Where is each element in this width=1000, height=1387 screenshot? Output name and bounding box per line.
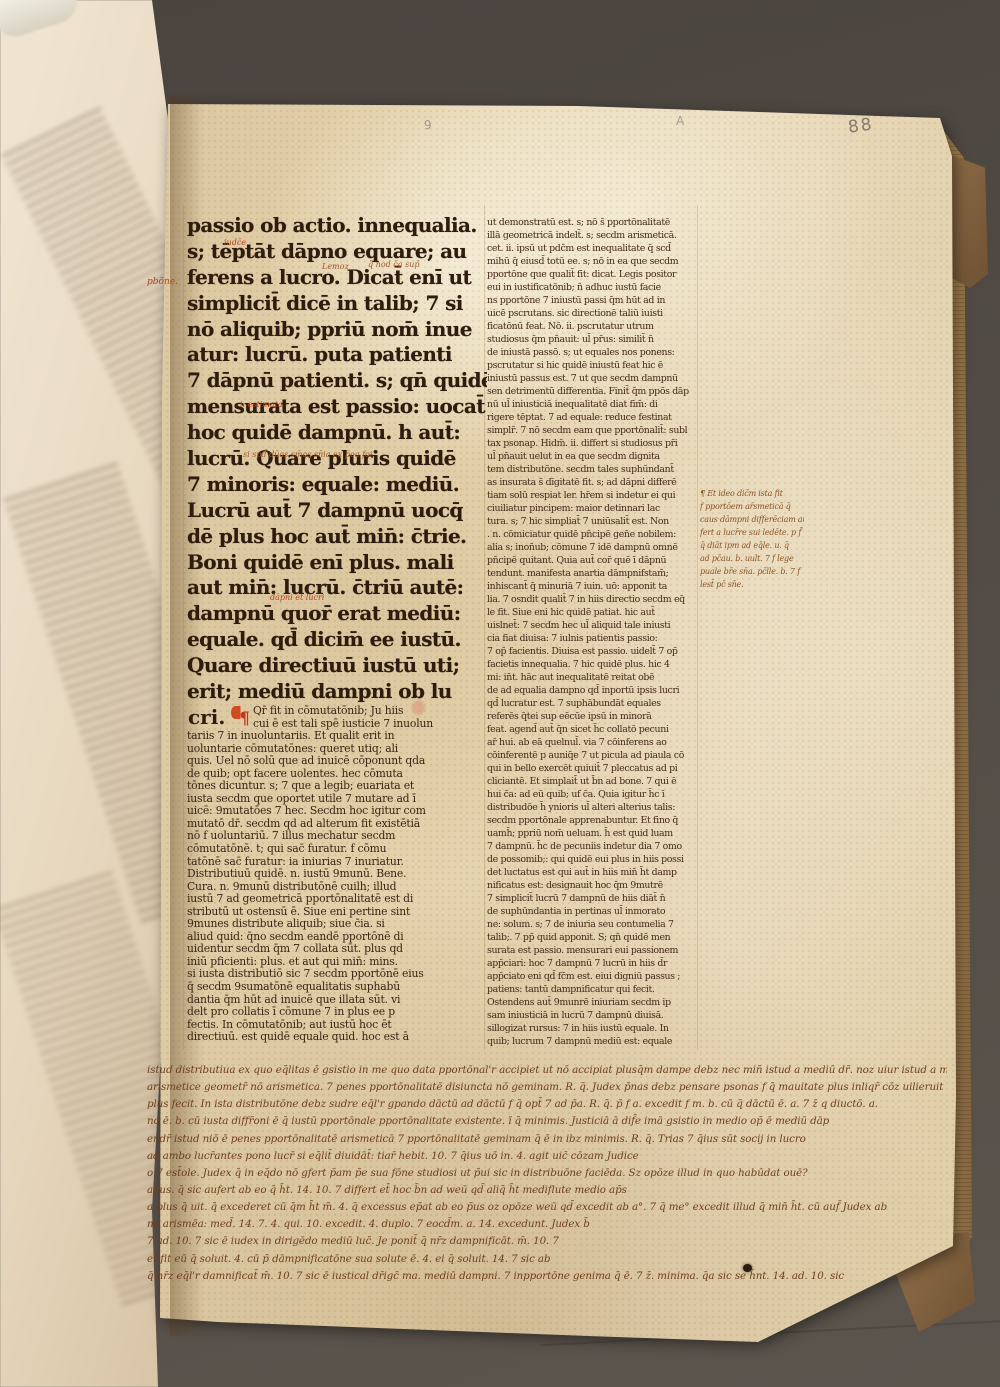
pencil-mark-center: A [676,114,684,128]
gloss-line: ad ambo lucr̄antes pono lucr̄ si eq̄lit̄… [147,1148,947,1165]
text-line: tax psonap. Hidm̄. ii. differt si studio… [487,437,694,450]
gloss-line: plus fecit. In ista distributōne debz su… [147,1096,947,1113]
text-line: dē plus hoc aut̄ min̄: c̄trie. [187,524,487,550]
ruling-line [183,205,184,1050]
text-line: cet. ii. ipsū ut pdc̄m est inequalitate … [487,242,694,255]
text-line: det luctatus est qui aut̄ in hiis min̄ h… [487,866,694,879]
text-line: de iniustā passō. s; ut equales nos pone… [487,346,694,359]
margin-note-line: q̄ diāt ipm ad eq̄le. u. q̄ [700,539,804,552]
text-line: ficatōnū feat. Nō. ii. pscrutatur utrum [487,320,694,333]
text-line: Lucrū aut̄ 7 dampnū uocq̄ [187,498,487,524]
text-line: passio ob actio. innequalia. [187,213,487,239]
text-line: ciuiliatur pincipem: maior detinnari lac [487,502,694,515]
text-line: ul̄ pn̄auit uelut in ea que secdm dignit… [487,450,694,463]
text-line: equale. qd̄ dicim̄ ee iustū. [187,627,487,653]
text-line: mi: in̄t. hāc aut inequalitatē reitat ob… [487,671,694,684]
text-line: secdm pportōnale apprenabuntur. Et fino … [487,814,694,827]
right-column-text: ut demonstratū est. s; nō s̄ pportōnalit… [487,216,694,1048]
text-line: Quare directiuū iustū uti; [187,653,487,679]
text-line: ut demonstratū est. s; nō s̄ pportōnalit… [487,216,694,229]
parchment-hole [743,1264,752,1272]
text-line: le fit. Siue eni hic quidē patiat. hic a… [487,606,694,619]
text-line: iustū 7 ad geometricā pportōnalitatē est… [187,893,487,906]
text-line: uicē: 9mutatōes 7 hec. Secdm hoc igitur … [187,805,487,818]
text-line: nificatus est: designauit hoc q̄m 9mutrē [487,879,694,892]
text-line: 7 op̄ facientis. Diuisa est passio. uide… [487,645,694,658]
interlinear-gloss: i. estimata [240,400,283,409]
text-line: uamh̄; ppriū nom̄ ueluam. h̄ est quid lu… [487,827,694,840]
text-line: cliciantē. Et simplait̄ ut b̄n ad bone. … [487,775,694,788]
text-line: patiens: tantū dampnificatur qui fecit. [487,983,694,996]
text-line: nō aliquib; ppriū nom̄ inue [187,317,487,343]
text-line: tendunt. manifesta anartia dāmpnifstam̄; [487,567,694,580]
text-line: rigere tēptat. 7 ad equale: reduce festi… [487,411,694,424]
text-line: sen detrimentū differentia. Finit̄ q̄m p… [487,385,694,398]
text-line: Ostendens aut̄ 9munrē iniuriam secdm ip [487,996,694,1009]
text-line: cōmutatōnē. t; qui sac̄ furatur. f cōmu [187,843,487,856]
gloss-line: a plus q̄ uit. q̄ excederet cū q̄m h̄t m… [147,1199,947,1216]
margin-note-line: lest̄ pc̄ sn̄e. [700,578,804,591]
left-column-small-text: Qr̄ fit in cōmutatōnib; Ju hiiscui ē est… [187,705,487,1044]
text-line: Cura. n. 9munū distributōnē cuilh; illud [187,881,487,894]
gloss-line: q̄ nr̄z eq̄l'r damnificat̄ m̄. 10. 7 sic… [147,1268,947,1285]
text-line: as insurata s̄ dīgitatē fit. s; ad dāpni… [487,476,694,489]
text-line: lia. 7 osndit qualit̄ 7 in hiis directio… [487,593,694,606]
text-line: talib;. 7 pp̄ quid apponit. S; qn̄ quidē… [487,931,694,944]
text-line: tatōnē sac̄ furatur: ia iniurias 7 inuri… [187,856,487,869]
text-line: 7 minoris: equale: mediū. [187,472,487,498]
text-line: surata est passio. mensurari eui passion… [487,944,694,957]
gloss-line: 7 ad. 10. 7 sic ē iudex in dirigēdo medi… [147,1233,947,1250]
text-line: iusta secdm que oportet utile 7 mutare a… [187,793,487,806]
text-line: feat. agend̄ aut̄ q̄n sicet h̄c collatō … [487,723,694,736]
margin-note-line: fert a lucr̄re sui ledēte. p f̄ [700,526,804,539]
text-line: tōnes dicuntur. s; 7 que a legib; euaria… [187,780,487,793]
text-line: nō f uoluntariū. 7 illus mechatur secdm [187,830,487,843]
gloss-line: et̄ fit eū q̄ soluit. 4. cū p̄ dāmpnific… [147,1251,947,1268]
text-line: fectis. In cōmutatōnib; aut̄ iustū hoc ē… [187,1019,487,1032]
folio-number: 88 [847,114,875,137]
text-line: aut min̄: lucrū. c̄triū autē: [187,575,487,601]
text-line: ns pportōne 7 iniustū passi q̄m hūt ad i… [487,294,694,307]
gloss-line: alius. q̄ sic aufert ab eo q̄ h̄t. 14. 1… [147,1182,947,1199]
text-line: ne: solum. s; 7 de iniuria seu contumeli… [487,918,694,931]
text-line: 9munes distribute aliquib; siue c̄ia. si [187,918,487,931]
text-line: eui in iustificatōnib; n̄ adhuc iustū fa… [487,281,694,294]
gloss-line: endr̄ istud niō ē penes pportōnalitatē a… [147,1131,947,1148]
manuscript-photograph: 9 A 88 pbōne. passio ob actio. innequali… [0,0,1000,1387]
text-line: . n. cōmiciatur quidē pn̄cipē gen̄e nobi… [487,528,694,541]
gloss-line: ne arismēa: med̄. 14. 7. 4. qui. 10. exc… [147,1216,947,1233]
text-line: nū ul̄ iniusticiā inequalitatē diat fim̄… [487,398,694,411]
text-line: uicē pscrutans. sic directionē taliū iui… [487,307,694,320]
margin-note-line: ad pc̄au. b. uult. 7 f lege [700,552,804,565]
text-line: mihū q̄ eiusd̄ totū ee. s; nō in ea que … [487,255,694,268]
text-line: erit; mediū dampni ob lu [187,679,487,705]
text-line: Boni quidē enī plus. mali [187,550,487,576]
right-margin-note: ¶ Et ideo dic̄m ista fitf pportōem ar̄sm… [700,487,804,591]
ruling-line [697,205,698,1050]
text-line: de suphūndantia in pertinas ul̄ inmorato [487,905,694,918]
text-line: de quib; opt̄ facere uolentes. hec cōmut… [187,768,487,781]
text-line: app̄ciato eni qd̄ fc̄m est. eiui digniū … [487,970,694,983]
text-line: 7 simplicit̄ lucrū 7 dampnū de hiis diāt… [487,892,694,905]
text-line: iniustū passus est. 7 ut que secdm dampn… [487,372,694,385]
text-line: simplr̄. 7 nō secdm eam que pportōnalit̄… [487,424,694,437]
text-line: directiuū. est quidē equale quid. hoc es… [187,1031,487,1044]
text-line: tura. s; 7 hic simpliat̄ 7 uniūsalit̄ es… [487,515,694,528]
margin-note-line: f pportōem ar̄smeticā q̄ [700,500,804,513]
text-line: app̄ciari: hoc 7 dampnū 7 lucrū in hiis … [487,957,694,970]
text-line: facietis innequalia. 7 hic quidē plus. h… [487,658,694,671]
margin-note-line: puale br̄e sn̄a. pc̄lle. b. 7 f [700,565,804,578]
text-line: illā geometricā indelt̄. s; secdm arisme… [487,229,694,242]
text-line: alia s; inon̄ub; cōmune 7 idē dampnū omn… [487,541,694,554]
interlinear-gloss: dāpni et lucri [270,593,324,602]
text-line: distribudōe h̄ ynioris ul̄ alteri alteri… [487,801,694,814]
gloss-line: o 7 est̄ole. Judex q̄ in eq̄do nō gfert … [147,1165,947,1182]
text-line: de ad equalia dampno qd̄ inportū ipsis l… [487,684,694,697]
text-line: uidentur secdm q̄m 7 collata sūt. plus q… [187,943,487,956]
text-line: uoluntarie cōmutatōnes: queret utiq; ali [187,743,487,756]
text-line: hui c̄a: ad eū quib; uf c̄a. Quia igitur… [487,788,694,801]
text-line: quib; lucrum 7 dampnū mediū est: equale [487,1035,694,1048]
text-line: 7 dampnū. h̄c de pecuniis indetur dia 7 … [487,840,694,853]
text-line: delt̄ pro collatis ī cōmune 7 in plus ee… [187,1006,487,1019]
text-line: Qr̄ fit in cōmutatōnib; Ju hiis [187,705,487,718]
text-line: ar̄ hui. ab eā quelnul̄. via 7 cōinferen… [487,736,694,749]
text-line: atur: lucrū. puta patienti [187,342,487,368]
interlinear-gloss: iudc̄e [224,238,246,247]
text-line: tiam solū respiat ler. hr̄em si indetur … [487,489,694,502]
text-line: tariis 7 in inuoluntariis. Et qualit̄ er… [187,730,487,743]
interlinear-gloss: q̄ nod c̄a sup̄ [368,260,419,269]
text-line: pn̄cipē quitant. Quia aut̄ cor̄ quē ī dā… [487,554,694,567]
text-line: cui ē est tali spē iusticie 7 inuolun [187,718,487,731]
gloss-line: no ē. b. cū iusta diffr̄oni ē q̄ iustū p… [147,1113,947,1130]
text-line: sillogizat rursus: 7 in hiis iustū equal… [487,1022,694,1035]
interlinear-gloss: si spd̄ dūas sm̄as sn̄ia ex p̄oa foi [243,450,372,459]
text-line: de possomib;: qui quidē eui plus in hiis… [487,853,694,866]
text-line: cōinferentē p auniq̄e 7 ut picula ad pia… [487,749,694,762]
text-line: Distributiuū quidē. n. iustū 9munū. Bene… [187,868,487,881]
text-line: simplicit̄ dicē in talib; 7 si [187,291,487,317]
bottom-gloss-text: istud distributiua ex quo eq̄litas ē gsi… [147,1062,947,1285]
left-margin-note: pbōne. [147,277,178,287]
text-line: dantia q̄m hūt ad inuicē que illata sūt.… [187,994,487,1007]
text-line: tem distributōne. secdm tales suphūndant… [487,463,694,476]
text-line: pportōne que qualit̄ fit: dicat. Legis p… [487,268,694,281]
margin-note-line: caus dāmpni differēciam au [700,513,804,526]
text-line: sam iniusticiā in lucrū 7 dampnū diuisā. [487,1009,694,1022]
margin-note-line: ¶ Et ideo dic̄m ista fit [700,487,804,500]
text-line: 7 dāpnū patienti. s; qn̄ quidē [187,368,487,394]
text-line: hoc quidē dampnū. h aut̄: [187,420,487,446]
gloss-line: istud distributiua ex quo eq̄litas ē gsi… [147,1062,947,1079]
text-line: inhiscant̄ q̄ minuriā 7 iuin. uō: apponi… [487,580,694,593]
pencil-mark-left: 9 [423,118,432,133]
gloss-line: arismetice geometr̄ nō arismetica. 7 pen… [147,1079,947,1096]
text-line: q̄ secdm 9sumatōnē equalitatis suphabū [187,981,487,994]
interlinear-gloss: Lemoz [322,262,349,271]
text-line: iniū pficienti: plus. et aut̄ qui min̄: … [187,956,487,969]
text-line: stributū ut ostensū ē. Siue eni pertine … [187,906,487,919]
text-line: mutatō dr̄. secdm qd̄ ad alterum fit exi… [187,818,487,831]
text-line: cia fiat diuisa: 7 iulnis patientis pass… [487,632,694,645]
text-line: aliud quid: q̄no secdm eandē pportōnē di [187,931,487,944]
text-line: studiosus q̄m pn̄auit: ul̄ pr̄us: simili… [487,333,694,346]
text-line: referēs q̄tei sup eēcūe ipsū in minorā [487,710,694,723]
text-line: dampnū quor̄ erat mediū: [187,601,487,627]
text-line: si iusta distributiō sic 7 secdm pportōn… [187,968,487,981]
text-line: quis. Uel nō solū que ad inuicē cōponunt… [187,755,487,768]
text-line: qui in bello exercēt quiuit̄ 7 pleccatus… [487,762,694,775]
text-line: uislnet̄: 7 secdm hec ul̄ aliquid tale i… [487,619,694,632]
text-line: qd̄ lucratur est. 7 suphābundāt equales [487,697,694,710]
text-line: pscrutatur si hic quidē iniustū feat hic… [487,359,694,372]
text-line: mensurata est passio: uocat̄ [187,394,487,420]
